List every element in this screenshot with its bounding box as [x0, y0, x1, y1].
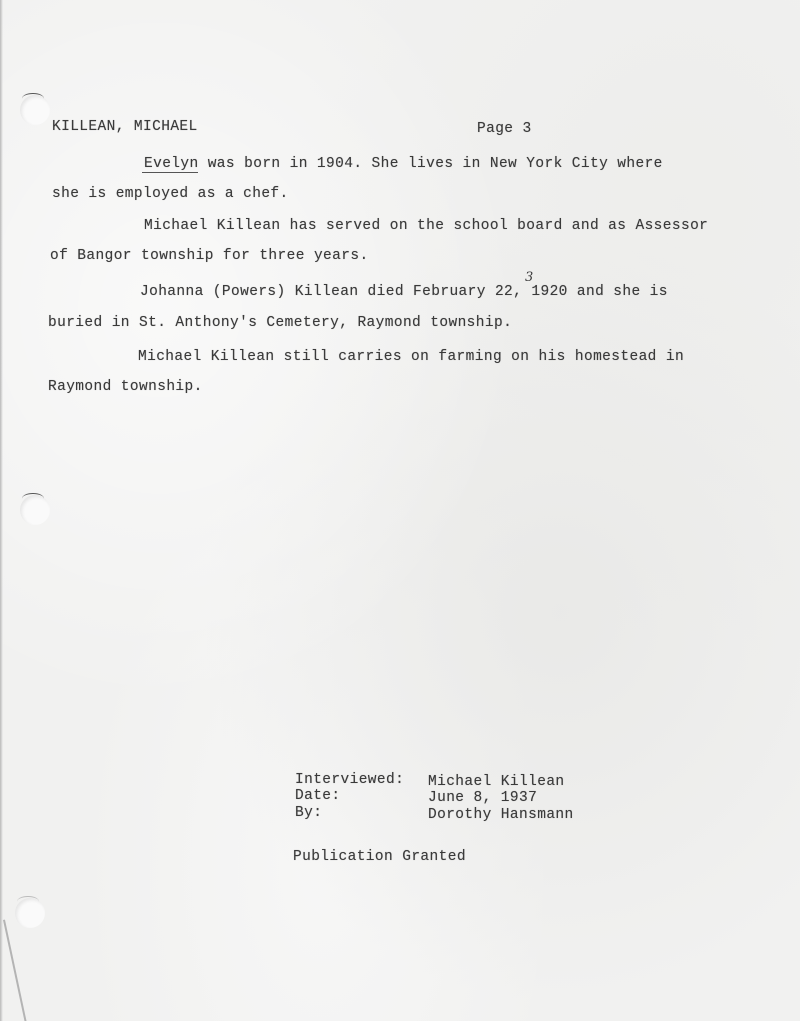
- paragraph-3-line-2: buried in St. Anthony's Cemetery, Raymon…: [48, 316, 512, 331]
- by-value: Dorothy Hansmann: [428, 808, 574, 823]
- document-subject-name: KILLEAN, MICHAEL: [52, 120, 198, 135]
- paragraph-4-line-2: Raymond township.: [48, 380, 203, 395]
- paragraph-1-line-1: Evelyn was born in 1904. She lives in Ne…: [144, 157, 663, 172]
- date-value: June 8, 1937: [428, 791, 537, 806]
- paragraph-1-line-2: she is employed as a chef.: [52, 187, 289, 202]
- handwritten-date-correction: 3: [525, 270, 533, 285]
- typewritten-document-page: KILLEAN, MICHAEL Page 3 Evelyn was born …: [0, 0, 800, 1021]
- page-number: Page 3: [477, 122, 532, 137]
- punch-hole-bottom: [15, 898, 45, 928]
- page-edge-shadow: [0, 0, 3, 1021]
- paragraph-2-line-2: of Bangor township for three years.: [50, 249, 369, 264]
- punch-hole-middle: [20, 495, 50, 525]
- punch-hole-top: [20, 95, 50, 125]
- interviewed-value: Michael Killean: [428, 775, 565, 790]
- paragraph-2-line-1: Michael Killean has served on the school…: [144, 219, 708, 234]
- paragraph-3-line-1: Johanna (Powers) Killean died February 2…: [140, 285, 668, 300]
- paragraph-4-line-1: Michael Killean still carries on farming…: [138, 350, 684, 365]
- page-corner-crease: [3, 920, 28, 1021]
- evelyn-underline: [142, 172, 198, 173]
- by-label: By:: [295, 806, 322, 821]
- interviewed-label: Interviewed:: [295, 773, 404, 788]
- date-label: Date:: [295, 789, 341, 804]
- publication-note: Publication Granted: [293, 850, 466, 865]
